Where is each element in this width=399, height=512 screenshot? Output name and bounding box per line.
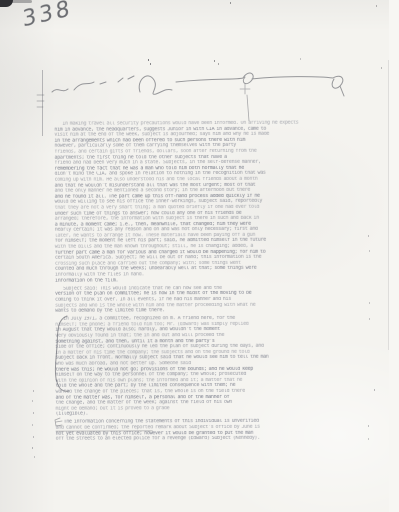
scribble-dash-line bbox=[176, 73, 344, 96]
right-edge-shadow bbox=[388, 60, 389, 350]
paragraph: In July 1971, a committee, recognized on… bbox=[55, 315, 375, 417]
scribble-loop bbox=[139, 76, 172, 94]
typed-line: wants to demand by the limited time ther… bbox=[55, 307, 375, 314]
scribble-plus-mark bbox=[240, 84, 250, 121]
paragraph: Subject said: This would indicate that h… bbox=[55, 285, 375, 314]
typed-line: information on the film. bbox=[55, 277, 375, 284]
typed-line: off the streets to an elected police for… bbox=[56, 435, 376, 442]
scan-noise-specks bbox=[0, 0, 1, 2]
scan-edge-strip bbox=[389, 0, 399, 512]
handwritten-page-number: 338 bbox=[22, 0, 73, 33]
paragraph: In making travel all security precaution… bbox=[54, 120, 375, 284]
paragraph: The information concerning the statement… bbox=[56, 419, 376, 443]
typed-line: (illegible). bbox=[56, 411, 376, 418]
left-fold-line bbox=[42, 70, 43, 136]
typed-text-block: In making travel all security precaution… bbox=[54, 120, 375, 442]
scribble-squiggle bbox=[52, 76, 134, 92]
scanned-page: 338 In making travel all security precau… bbox=[0, 0, 399, 512]
corner-smudge-streak bbox=[10, 0, 32, 3]
